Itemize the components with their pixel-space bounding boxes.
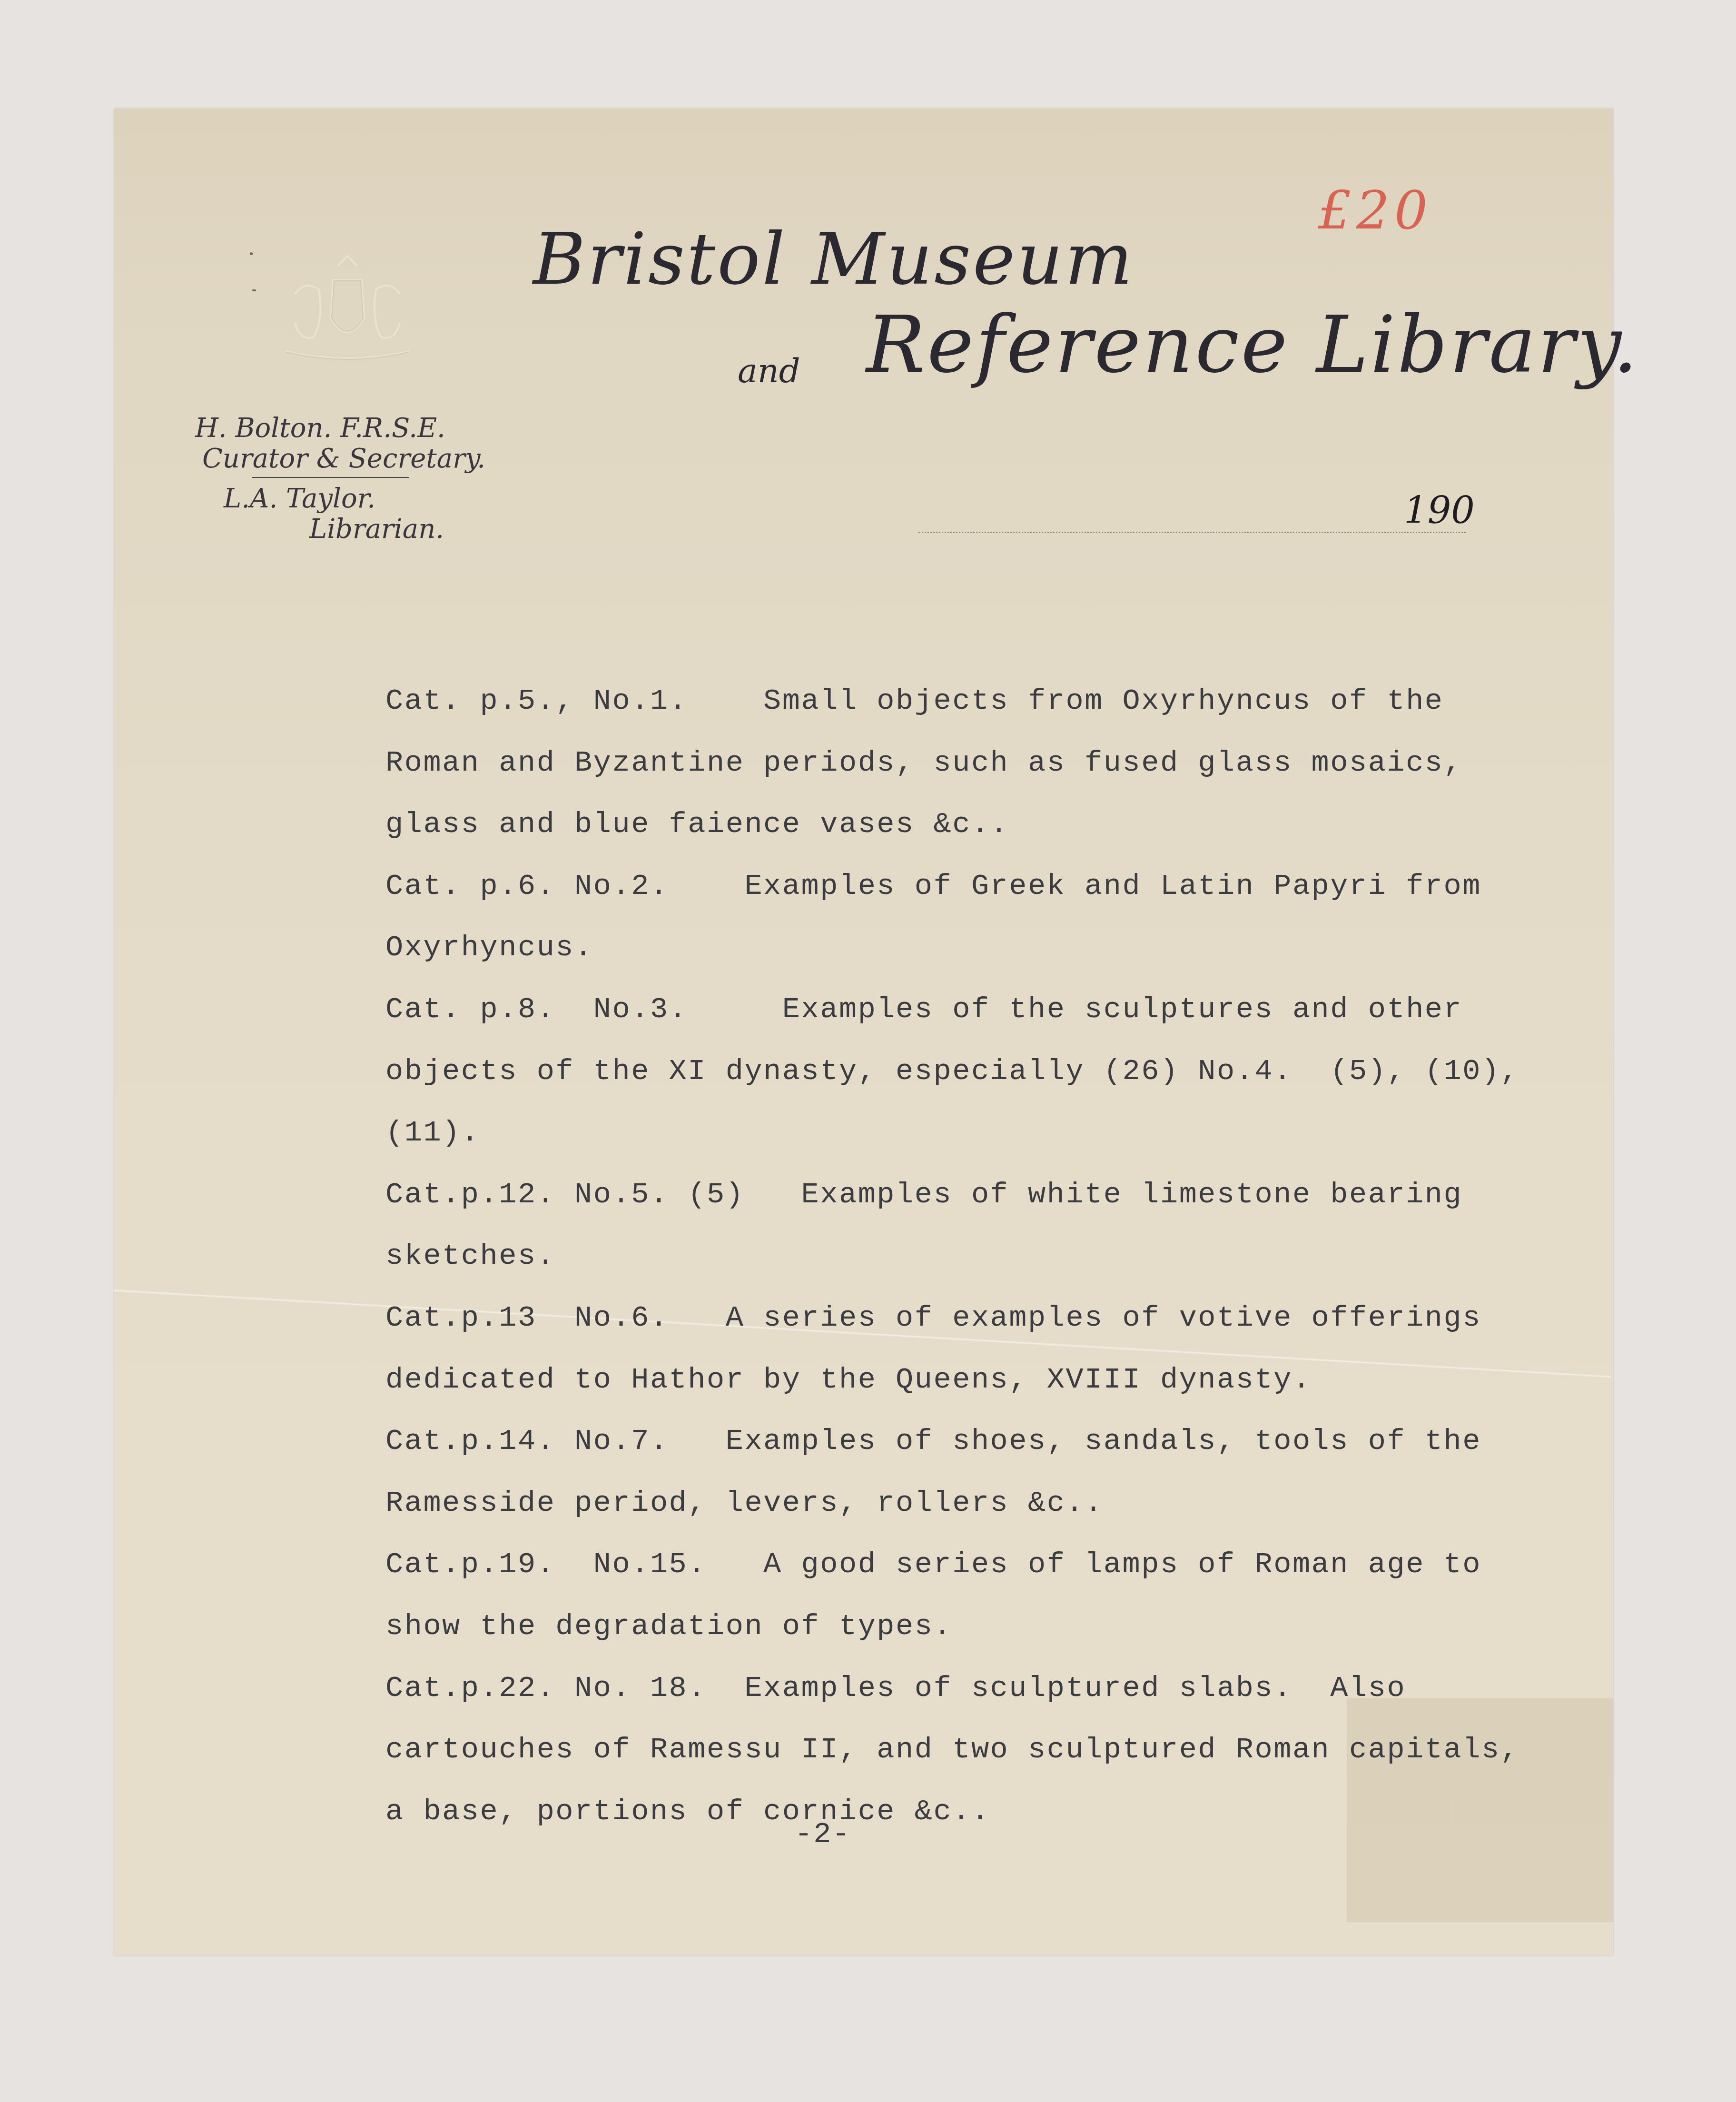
body-line: cartouches of Ramessu II, and two sculpt… <box>385 1719 1551 1781</box>
body-line: Cat. p.5., No.1. Small objects from Oxyr… <box>385 670 1551 732</box>
librarian-name: L.A. Taylor. <box>224 484 485 514</box>
body-line: Oxyrhyncus. <box>385 917 1551 979</box>
date-year-prefix: 190 <box>1404 489 1475 532</box>
body-line: Cat. p.6. No.2. Examples of Greek and La… <box>385 855 1551 917</box>
body-line: Roman and Byzantine periods, such as fus… <box>385 732 1551 794</box>
librarian-title: Librarian. <box>309 514 485 545</box>
body-line: objects of the XI dynasty, especially (2… <box>385 1041 1551 1102</box>
pencil-annotation: £20 <box>1318 180 1432 241</box>
body-line: Cat.p.19. No.15. A good series of lamps … <box>385 1534 1551 1596</box>
letter-page: £20 Bristol Museum and Reference Library… <box>114 109 1613 1955</box>
paper-speck <box>252 289 256 291</box>
staff-block: H. Bolton. F.R.S.E. Curator & Secretary.… <box>195 413 485 545</box>
page-number: -2- <box>795 1817 851 1851</box>
curator-title: Curator & Secretary. <box>202 444 485 474</box>
letterhead-title: Bristol Museum <box>533 218 1134 301</box>
body-line: glass and blue faience vases &c.. <box>385 793 1551 855</box>
letter-body: Cat. p.5., No.1. Small objects from Oxyr… <box>385 670 1551 1842</box>
body-line: Cat.p.22. No. 18. Examples of sculptured… <box>385 1657 1551 1719</box>
date-line <box>918 532 1466 533</box>
body-line: Ramesside period, levers, rollers &c.. <box>385 1472 1551 1534</box>
curator-name: H. Bolton. F.R.S.E. <box>195 413 485 444</box>
body-line: (11). <box>385 1102 1551 1164</box>
letterhead-and: and <box>738 351 800 390</box>
staff-divider <box>252 477 409 478</box>
crest-icon <box>266 251 428 370</box>
body-line: Cat.p.14. No.7. Examples of shoes, sanda… <box>385 1410 1551 1472</box>
body-line: dedicated to Hathor by the Queens, XVIII… <box>385 1349 1551 1411</box>
body-line: a base, portions of cornice &c.. <box>385 1781 1551 1843</box>
body-line: sketches. <box>385 1225 1551 1287</box>
body-line: Cat.p.13 No.6. A series of examples of v… <box>385 1287 1551 1349</box>
paper-speck <box>250 252 253 255</box>
letterhead-subtitle: Reference Library. <box>866 299 1640 390</box>
body-line: Cat. p.8. No.3. Examples of the sculptur… <box>385 979 1551 1041</box>
body-line: Cat.p.12. No.5. (5) Examples of white li… <box>385 1164 1551 1226</box>
body-line: show the degradation of types. <box>385 1596 1551 1657</box>
